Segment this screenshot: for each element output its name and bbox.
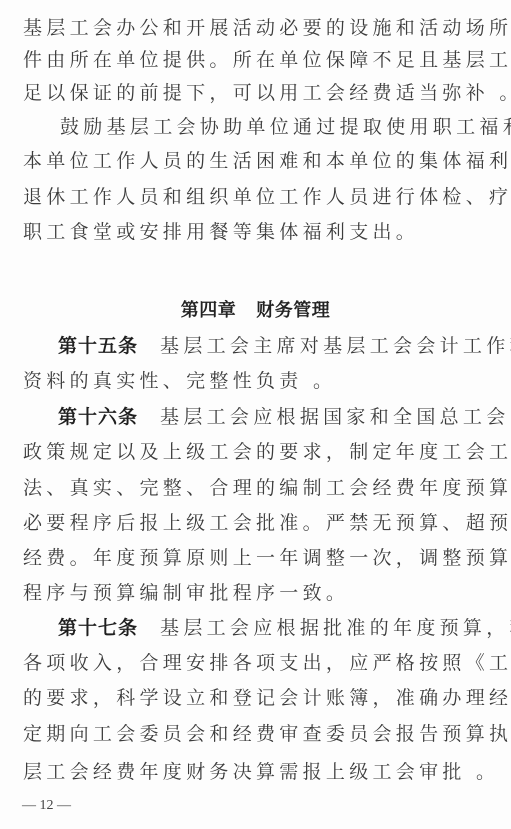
chapter-title: 财务管理: [256, 300, 330, 321]
body-text-line: 资料的真实性、完整性负责 。: [23, 369, 336, 393]
document-page: 基层工会办公和开展活动必要的设施和活动场所等物质条 件由所在单位提供。所在单位保…: [0, 0, 511, 829]
article-label: 第十五条: [58, 335, 138, 357]
article-label: 第十七条: [58, 617, 138, 639]
body-text-line: 本单位工作人员的生活困难和本单位的集体福利，如慰问离: [23, 149, 511, 173]
body-text-line: 职工食堂或安排用餐等集体福利支出。: [23, 220, 419, 244]
body-text-line: 法、真实、完整、合理的编制工会经费年度预算，依法履行: [23, 476, 511, 500]
body-text-line: 件由所在单位提供。所在单位保障不足且基层工会经费预算: [23, 48, 511, 72]
article-text: 基层工会应根据国家和全国总工会的有关: [160, 406, 511, 428]
body-text-line: 程序与预算编制审批程序一致。: [23, 581, 349, 605]
body-text-line: 基层工会办公和开展活动必要的设施和活动场所等物质条: [23, 16, 511, 40]
article-text: 基层工会主席对基层工会会计工作和会计: [160, 335, 511, 357]
chapter-number: 第四章: [181, 300, 237, 321]
article-first-line: 第十五条基层工会主席对基层工会会计工作和会计: [58, 334, 511, 358]
article-text: 基层工会应根据批准的年度预算，积极组织: [160, 617, 511, 639]
chapter-heading: 第四章财务管理: [0, 299, 511, 323]
body-text-line: 政策规定以及上级工会的要求，制定年度工会工作计划，依: [23, 440, 511, 464]
article-label: 第十六条: [58, 406, 138, 428]
body-text-line: 定期向工会委员会和经费审查委员会报告预算执行情况。基: [23, 722, 511, 746]
body-text-line: 各项收入，合理安排各项支出，应严格按照《工会会计制度》: [23, 651, 511, 675]
body-text-line: 经费。年度预算原则上一年调整一次，调整预算的编制审批: [23, 546, 511, 570]
body-text-line: 鼓励基层工会协助单位通过提取使用职工福利费解决: [60, 115, 511, 139]
article-first-line: 第十七条基层工会应根据批准的年度预算，积极组织: [58, 616, 511, 640]
body-text-line: 退休工作人员和组织单位工作人员进行体检、疗休养、举办: [23, 185, 511, 209]
body-text-line: 必要程序后报上级工会批准。严禁无预算、超预算使用工会: [23, 511, 511, 535]
body-text-line: 的要求，科学设立和登记会计账簿，准确办理经费收支核算，: [23, 686, 511, 710]
page-number: — 12 —: [22, 796, 71, 816]
body-text-line: 层工会经费年度财务决算需报上级工会审批 。: [23, 760, 499, 784]
body-text-line: 足以保证的前提下，可以用工会经费适当弥补 。: [23, 81, 511, 105]
article-first-line: 第十六条基层工会应根据国家和全国总工会的有关: [58, 405, 511, 429]
